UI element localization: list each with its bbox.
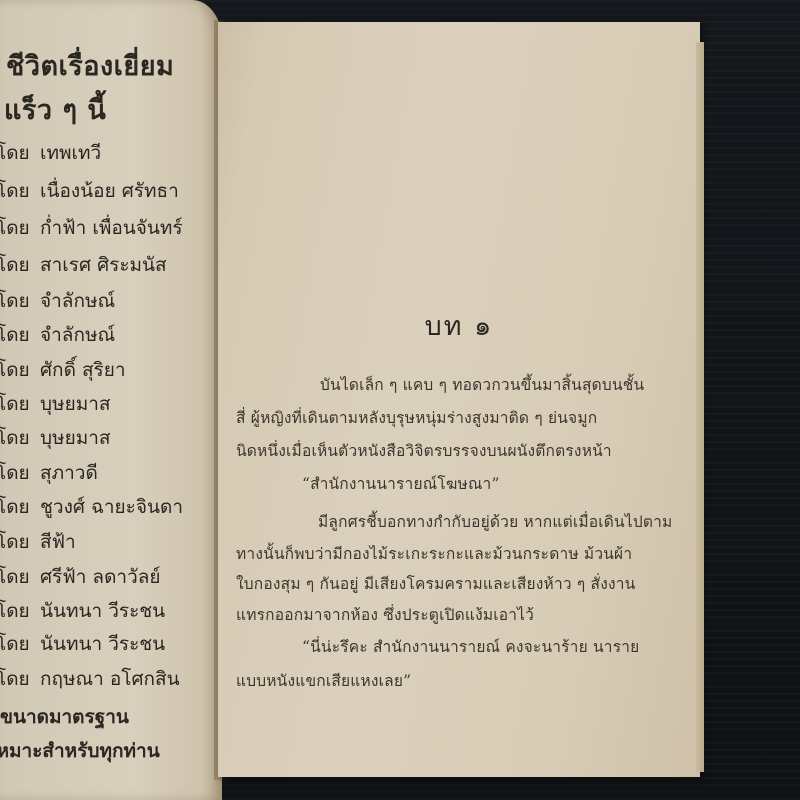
paragraph-line: มีลูกศรชี้บอกทางกำกับอยู่ด้วย หากแต่เมื่…	[318, 509, 672, 534]
by-label: โดย	[0, 664, 40, 694]
author-name: สาเรศ ศิระมนัส	[40, 250, 167, 280]
left-footer-line-1: ขนาดมาตรฐาน	[0, 702, 129, 732]
by-label: โดย	[0, 458, 40, 488]
author-name: จำลักษณ์	[40, 286, 115, 316]
list-item: โดยเทพเทวี	[0, 138, 101, 168]
author-name: เทพเทวี	[40, 138, 101, 168]
author-name: สีฟ้า	[40, 527, 76, 557]
list-item: โดยก่ำฟ้า เพื่อนจันทร์	[0, 213, 183, 243]
paragraph-line: สี่ ผู้หญิงที่เดินตามหลังบุรุษหนุ่มร่างส…	[236, 405, 597, 430]
by-label: โดย	[0, 286, 40, 316]
by-label: โดย	[0, 492, 40, 522]
by-label: โดย	[0, 389, 40, 419]
author-name: นันทนา วีระชน	[40, 629, 165, 659]
author-name: ศรีฟ้า ลดาวัลย์	[40, 562, 161, 592]
author-name: ก่ำฟ้า เพื่อนจันทร์	[40, 213, 183, 243]
list-item: โดยบุษยมาส	[0, 423, 111, 453]
list-item: โดยสาเรศ ศิระมนัส	[0, 250, 167, 280]
left-page-text: ชีวิตเรื่องเยี่ยม แร็ว ๆ นี้ โดยเทพเทวี …	[0, 0, 222, 800]
by-label: โดย	[0, 527, 40, 557]
paragraph-line: นิดหนึ่งเมื่อเห็นตัวหนังสือวิจิตรบรรจงบน…	[236, 438, 612, 463]
right-page-text: บท ๑ บันไดเล็ก ๆ แคบ ๆ ทอดวกวนขึ้นมาสิ้น…	[218, 22, 700, 777]
list-item: โดยชูวงศ์ ฉายะจินดา	[0, 492, 183, 522]
author-name: กฤษณา อโศกสิน	[40, 664, 180, 694]
by-label: โดย	[0, 250, 40, 280]
by-label: โดย	[0, 596, 40, 626]
list-item: โดยจำลักษณ์	[0, 286, 115, 316]
list-item: โดยเนื่องน้อย ศรัทธา	[0, 176, 179, 206]
dialogue-line: แบบหนังแขกเสียแหงเลย”	[236, 668, 411, 693]
by-label: โดย	[0, 213, 40, 243]
list-item: โดยสีฟ้า	[0, 527, 76, 557]
by-label: โดย	[0, 355, 40, 385]
dialogue-line: “นี่น่ะรึคะ สำนักงานนารายณ์ คงจะนาร้าย น…	[302, 634, 639, 659]
list-item: โดยกฤษณา อโศกสิน	[0, 664, 180, 694]
list-item: โดยนันทนา วีระชน	[0, 629, 165, 659]
left-footer-line-2: เหมาะสำหรับทุกท่าน	[0, 736, 160, 766]
by-label: โดย	[0, 176, 40, 206]
author-name: ศักดิ์ สุริยา	[40, 355, 126, 385]
author-name: ชูวงศ์ ฉายะจินดา	[40, 492, 183, 522]
quoted-line: “สำนักงานนารายณ์โฆษณา”	[302, 471, 500, 496]
paragraph-line: บันไดเล็ก ๆ แคบ ๆ ทอดวกวนขึ้นมาสิ้นสุดบน…	[320, 372, 644, 397]
by-label: โดย	[0, 320, 40, 350]
by-label: โดย	[0, 423, 40, 453]
paragraph-line: ใบกองสุม ๆ กันอยู่ มีเสียงโครมครามและเสี…	[236, 571, 635, 596]
list-item: โดยศรีฟ้า ลดาวัลย์	[0, 562, 161, 592]
author-name: บุษยมาส	[40, 423, 111, 453]
chapter-title: บท ๑	[218, 304, 700, 347]
list-item: โดยศักดิ์ สุริยา	[0, 355, 126, 385]
author-name: นันทนา วีระชน	[40, 596, 165, 626]
list-item: โดยบุษยมาส	[0, 389, 111, 419]
by-label: โดย	[0, 138, 40, 168]
paragraph-line: ทางนั้นก็พบว่ามีกองไม้ระเกะระกะและม้วนกร…	[236, 541, 632, 566]
list-item: โดยจำลักษณ์	[0, 320, 115, 350]
author-name: บุษยมาส	[40, 389, 111, 419]
list-item: โดยนันทนา วีระชน	[0, 596, 165, 626]
author-name: สุภาวดี	[40, 458, 98, 488]
left-heading-line-1: ชีวิตเรื่องเยี่ยม	[6, 44, 174, 87]
list-item: โดยสุภาวดี	[0, 458, 98, 488]
author-name: เนื่องน้อย ศรัทธา	[40, 176, 179, 206]
author-name: จำลักษณ์	[40, 320, 115, 350]
by-label: โดย	[0, 562, 40, 592]
paragraph-line: แทรกออกมาจากห้อง ซึ่งประตูเปิดแง้มเอาไว้	[236, 602, 534, 627]
by-label: โดย	[0, 629, 40, 659]
left-heading-line-2: แร็ว ๆ นี้	[4, 88, 106, 131]
